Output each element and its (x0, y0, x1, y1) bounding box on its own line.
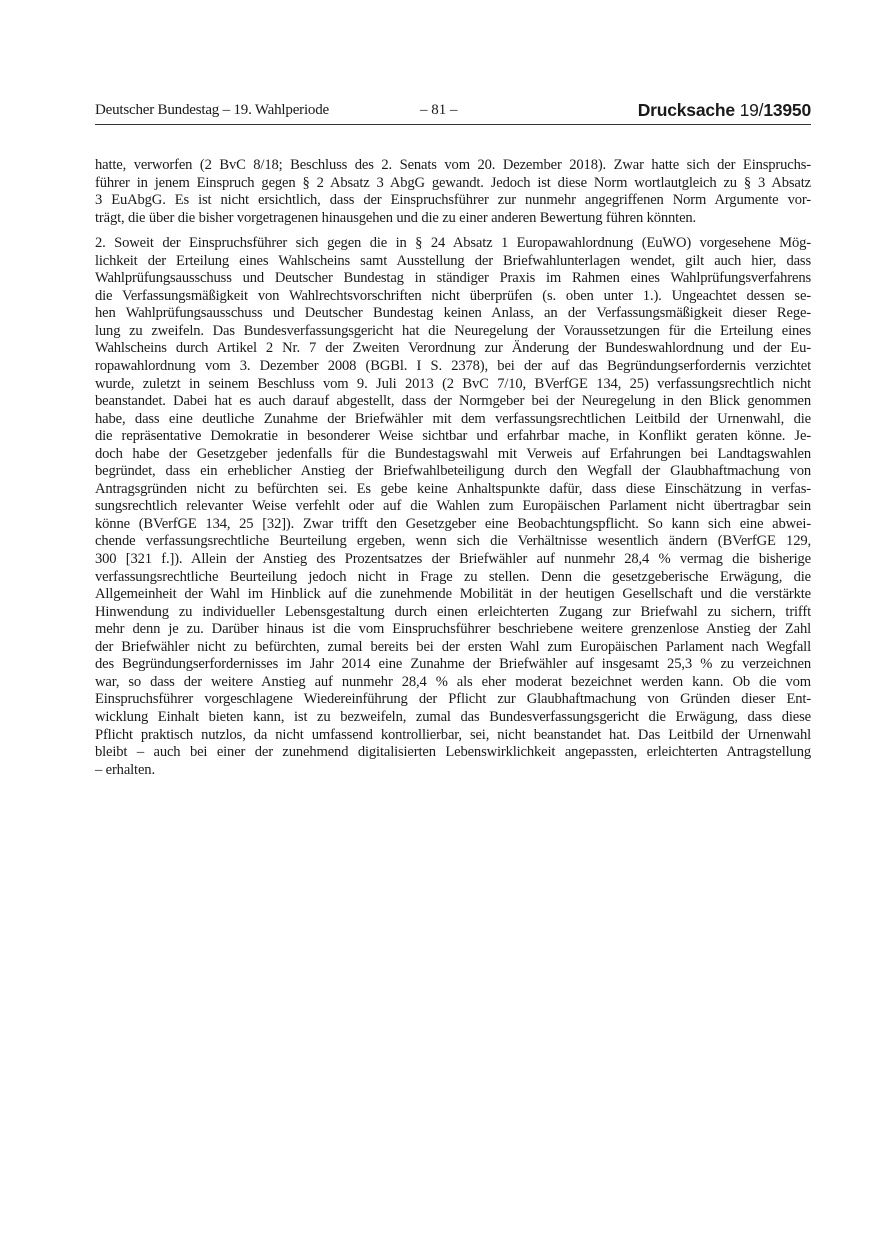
text-line: des Begründungserfordernisses im Jahr 20… (95, 656, 811, 674)
text-line: wurde, zuletzt in seinem Beschluss vom 9… (95, 376, 811, 394)
paragraph-continuation: hatte, verworfen (2 BvC 8/18; Beschluss … (95, 157, 811, 227)
document-number: Drucksache 19/13950 (638, 100, 811, 121)
text-line: der Briefwähler nicht zu befürchten, zum… (95, 639, 811, 657)
text-line: trägt, die über die bisher vorgetragenen… (95, 210, 811, 228)
text-line: verfassungsrechtliche Beurteilung jedoch… (95, 569, 811, 587)
doc-label: Drucksache (638, 100, 735, 120)
text-line: 300 [321 f.]). Allein der Anstieg des Pr… (95, 551, 811, 569)
text-line: 3 EuAbgG. Es ist nicht ersichtlich, dass… (95, 192, 811, 210)
text-line: Allgemeinheit der Wahl im Hinblick auf d… (95, 586, 811, 604)
text-line: chende verfassungsrechtliche Beurteilung… (95, 533, 811, 551)
text-line: Wahlprüfungsausschuss und Deutscher Bund… (95, 270, 811, 288)
text-line: beanstandet. Dabei hat es auch darauf ab… (95, 393, 811, 411)
text-line: Antragsgründen nicht zu befürchten sei. … (95, 481, 811, 499)
text-line: die repräsentative Demokratie in besonde… (95, 428, 811, 446)
text-line: Hinwendung zu individueller Lebensgestal… (95, 604, 811, 622)
text-line: Einspruchsführer vorgeschlagene Wiederei… (95, 691, 811, 709)
text-line: hatte, verworfen (2 BvC 8/18; Beschluss … (95, 157, 811, 175)
text-line: doch habe der Gesetzgeber jedenfalls für… (95, 446, 811, 464)
text-line: hen Wahlprüfungsausschuss und Deutscher … (95, 305, 811, 323)
text-line: 2. Soweit der Einspruchsführer sich gege… (95, 235, 811, 253)
doc-period: 19/ (740, 100, 764, 120)
text-line: die Verfassungsmäßigkeit von Wahlrechtsv… (95, 288, 811, 306)
text-line: – erhalten. (95, 762, 811, 780)
text-line: ropawahlordnung vom 3. Dezember 2008 (BG… (95, 358, 811, 376)
text-line: könne (BVerfGE 134, 25 [32]). Zwar triff… (95, 516, 811, 534)
page-header: Deutscher Bundestag – 19. Wahlperiode – … (95, 100, 811, 125)
text-line: lung zu zweifeln. Das Bundesverfassungsg… (95, 323, 811, 341)
header-publisher: Deutscher Bundestag – 19. Wahlperiode (95, 102, 329, 119)
text-line: mehr denn je zu. Darüber hinaus ist die … (95, 621, 811, 639)
paragraph-2: 2. Soweit der Einspruchsführer sich gege… (95, 235, 811, 779)
text-line: Pflicht praktisch nutzlos, da nicht umfa… (95, 727, 811, 745)
text-line: wicklung Einhalt bieten kann, ist zu bez… (95, 709, 811, 727)
page-number: – 81 – (420, 102, 458, 119)
text-line: habe, dass eine deutliche Zunahme der Br… (95, 411, 811, 429)
text-line: begründet, dass ein erheblicher Anstieg … (95, 463, 811, 481)
text-line: lichkeit der Erteilung eines Wahlscheins… (95, 253, 811, 271)
text-line: Wahlscheins durch Artikel 2 Nr. 7 der Zw… (95, 340, 811, 358)
text-line: war, so dass der weitere Anstieg auf nun… (95, 674, 811, 692)
text-line: sungsrechtlich relevanter Weise verfehlt… (95, 498, 811, 516)
body-text: hatte, verworfen (2 BvC 8/18; Beschluss … (95, 157, 811, 787)
doc-number: 13950 (763, 100, 811, 120)
text-line: bleibt – auch bei einer der zunehmend di… (95, 744, 811, 762)
text-line: führer in jenem Einspruch gegen § 2 Absa… (95, 175, 811, 193)
